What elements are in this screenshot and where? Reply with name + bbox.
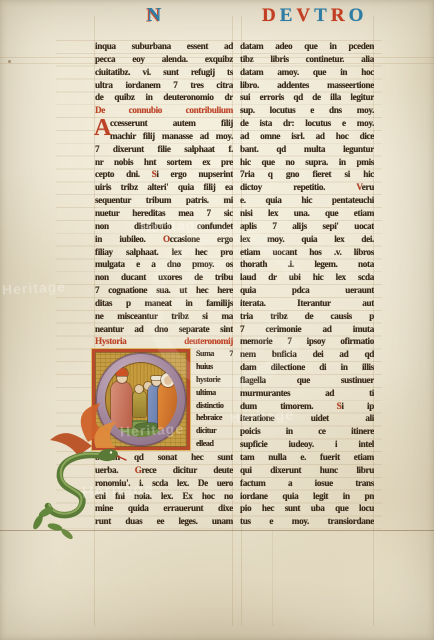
text-line: ditas p maneat in familijs (95, 297, 233, 310)
left-text-column: A inqua suburbana essent adpecca eoy ale… (95, 40, 233, 528)
ink-speck (8, 60, 11, 63)
text-line: sui erroris qd de illa legitur (240, 91, 374, 104)
text-line: ciuitatibz. vi. sunt refugij ts (95, 66, 233, 79)
watermark-text: Heritage (2, 278, 67, 297)
text-line: dum timorem. Si ip (240, 400, 374, 413)
text-line: Suma 7 (196, 348, 233, 361)
text-line: dam dilectione di in illis (240, 361, 374, 374)
text-line: memorie 7 ipsoy ofirmatio (240, 335, 374, 348)
manuscript-page: N DEVTRO A inqua suburbana essent adpecc… (0, 0, 434, 640)
figure-middle-body (133, 391, 146, 417)
running-title-letter: V (296, 5, 314, 26)
figure-orange-robe (158, 382, 177, 430)
text-line: bant. qd multa leguntur (240, 143, 374, 156)
text-line: distinctio (196, 400, 233, 413)
text-line: mulgata e a dno pmoy. os (95, 258, 233, 271)
text-line: 7 cognatione sua. ut hec here (95, 284, 233, 297)
text-line: nuetur hereditas mea 7 sic (95, 207, 233, 220)
right-text-column: datam adeo que in pcedentibz libris cont… (240, 40, 374, 528)
figure-moses-robe (111, 381, 132, 428)
text-line: libro. addentes masseertione (240, 79, 374, 92)
text-line: 7 cerimonie ad imuta (240, 323, 374, 336)
text-line: ultima (196, 387, 233, 400)
text-line: 7ria q gno fieret si hic (240, 168, 374, 181)
running-title-letter: E (280, 5, 297, 26)
initial-letter-roundel (96, 353, 186, 446)
text-line: poicis in ce itinere (240, 425, 374, 438)
text-line: uiris tribz alteri' quia filij ea (95, 181, 233, 194)
text-line: tus e moy. transiordane (240, 515, 374, 528)
text-line: laud dr ubi hic lex scda (240, 271, 374, 284)
text-line: non ducant uxores de tribu (95, 271, 233, 284)
text-line: inqua suburbana essent ad (95, 40, 233, 53)
text-line: dicitur (196, 425, 233, 438)
bottom-ruling-line (0, 530, 434, 531)
text-line: barum qd sonat hec sunt (95, 451, 233, 464)
drop-cap-initial: A (94, 116, 109, 141)
text-line: flagella que sustinuer (240, 374, 374, 387)
rubric-line: Hystoria deuteronomij (95, 335, 233, 348)
vertical-ruling (272, 530, 273, 626)
text-line: factum a iosue trans (240, 477, 374, 490)
small-dragon-on-ground (135, 423, 157, 430)
text-line: ronomiu'. i. scda lex. De uero (95, 477, 233, 490)
text-line: hebraice (196, 412, 233, 425)
text-line: neantur ad dno separate sint (95, 323, 233, 336)
text-line: etiam uocant hos .v. libros (240, 246, 374, 259)
text-line: huius (196, 361, 233, 374)
text-line: hystorie (196, 374, 233, 387)
text-line: iordane quia legit in pn (240, 490, 374, 503)
initial-miniature-scene (105, 362, 177, 437)
text-line: ne misceantur tribz si ma (95, 310, 233, 323)
text-line: pecca eoy alenda. exquibz (95, 53, 233, 66)
text-line: hic que no supra. in pmis (240, 156, 374, 169)
running-title-letter: T (314, 5, 331, 26)
text-line: eni fni noia. lex. Ex hoc no (95, 490, 233, 503)
text-line: lex moy. quia lex dei. (240, 233, 374, 246)
text-line: ultra iordanem 7 tres citra (95, 79, 233, 92)
text-line: ccesserunt autem filij (110, 117, 233, 130)
text-line: 7 dixerunt filie salphaat f. (95, 143, 233, 156)
running-title-letter: D (262, 5, 280, 26)
historiated-initial (92, 349, 190, 450)
text-line: nem bnficia dei ad qd (240, 348, 374, 361)
text-line: tibz libris continetur. alia (240, 53, 374, 66)
text-line: dictoy repetitio. Veru (240, 181, 374, 194)
running-title-left: N (147, 4, 161, 26)
running-title-right: DEVTRO (262, 4, 367, 27)
text-line: tria tribz de causis p (240, 310, 374, 323)
text-line: in iubileo. Occasione ergo (95, 233, 233, 246)
text-line: datam amoy. que in hoc (240, 66, 374, 79)
text-line: e. quia hic pentateuchi (240, 194, 374, 207)
figure-middle-head (135, 385, 143, 393)
text-line: de quibz in deuteronomio dr (95, 91, 233, 104)
text-line: aplis 7 alijs sepi' uocat (240, 220, 374, 233)
text-line: tam nulla e. fuerit etiam (240, 451, 374, 464)
text-line: sup. locutus e dns moy. (240, 104, 374, 117)
text-line: ellead (196, 438, 233, 451)
text-line: non distributio confundet (95, 220, 233, 233)
text-line: iterata. Iterantur aut (240, 297, 374, 310)
text-line: uerba. Grece dicitur deute (95, 464, 233, 477)
text-line: iteratione uidet ali (240, 412, 374, 425)
text-line: filiay salphaat. lex hec pro (95, 246, 233, 259)
text-line: nr nobis hnt sortem ex pre (95, 156, 233, 169)
text-line: datam adeo que in pceden (240, 40, 374, 53)
running-title-letter: O (349, 5, 368, 26)
text-line: de ista dr: locutus e moy. (240, 117, 374, 130)
text-line: cepto dni. Si ergo nupserint (95, 168, 233, 181)
running-title-letter: R (331, 5, 349, 26)
text-line: runt duas ee leges. unam (95, 515, 233, 528)
text-line: murmurantes ad ti (240, 387, 374, 400)
text-line: quia pdca ueraunt (240, 284, 374, 297)
text-line: qui dixerunt hunc libru (240, 464, 374, 477)
figure-orange-face (164, 376, 172, 385)
text-line: thorath .i. legem. nota (240, 258, 374, 271)
text-line: mine quida errauerunt dixe (95, 502, 233, 515)
text-line: sequentur tribum patris. mi (95, 194, 233, 207)
text-line: nisi lex una. que etiam (240, 207, 374, 220)
text-line: supficie iudeoy. i intel (240, 438, 374, 451)
text-line: pio hec sunt uba que locu (240, 502, 374, 515)
rubric-line: De connubio contribulium (95, 104, 233, 117)
text-line: machir filij manasse ad moy. (110, 130, 233, 143)
figure-moses-cap (116, 368, 128, 376)
text-line: ad omne isrl. ad hoc dice (240, 130, 374, 143)
